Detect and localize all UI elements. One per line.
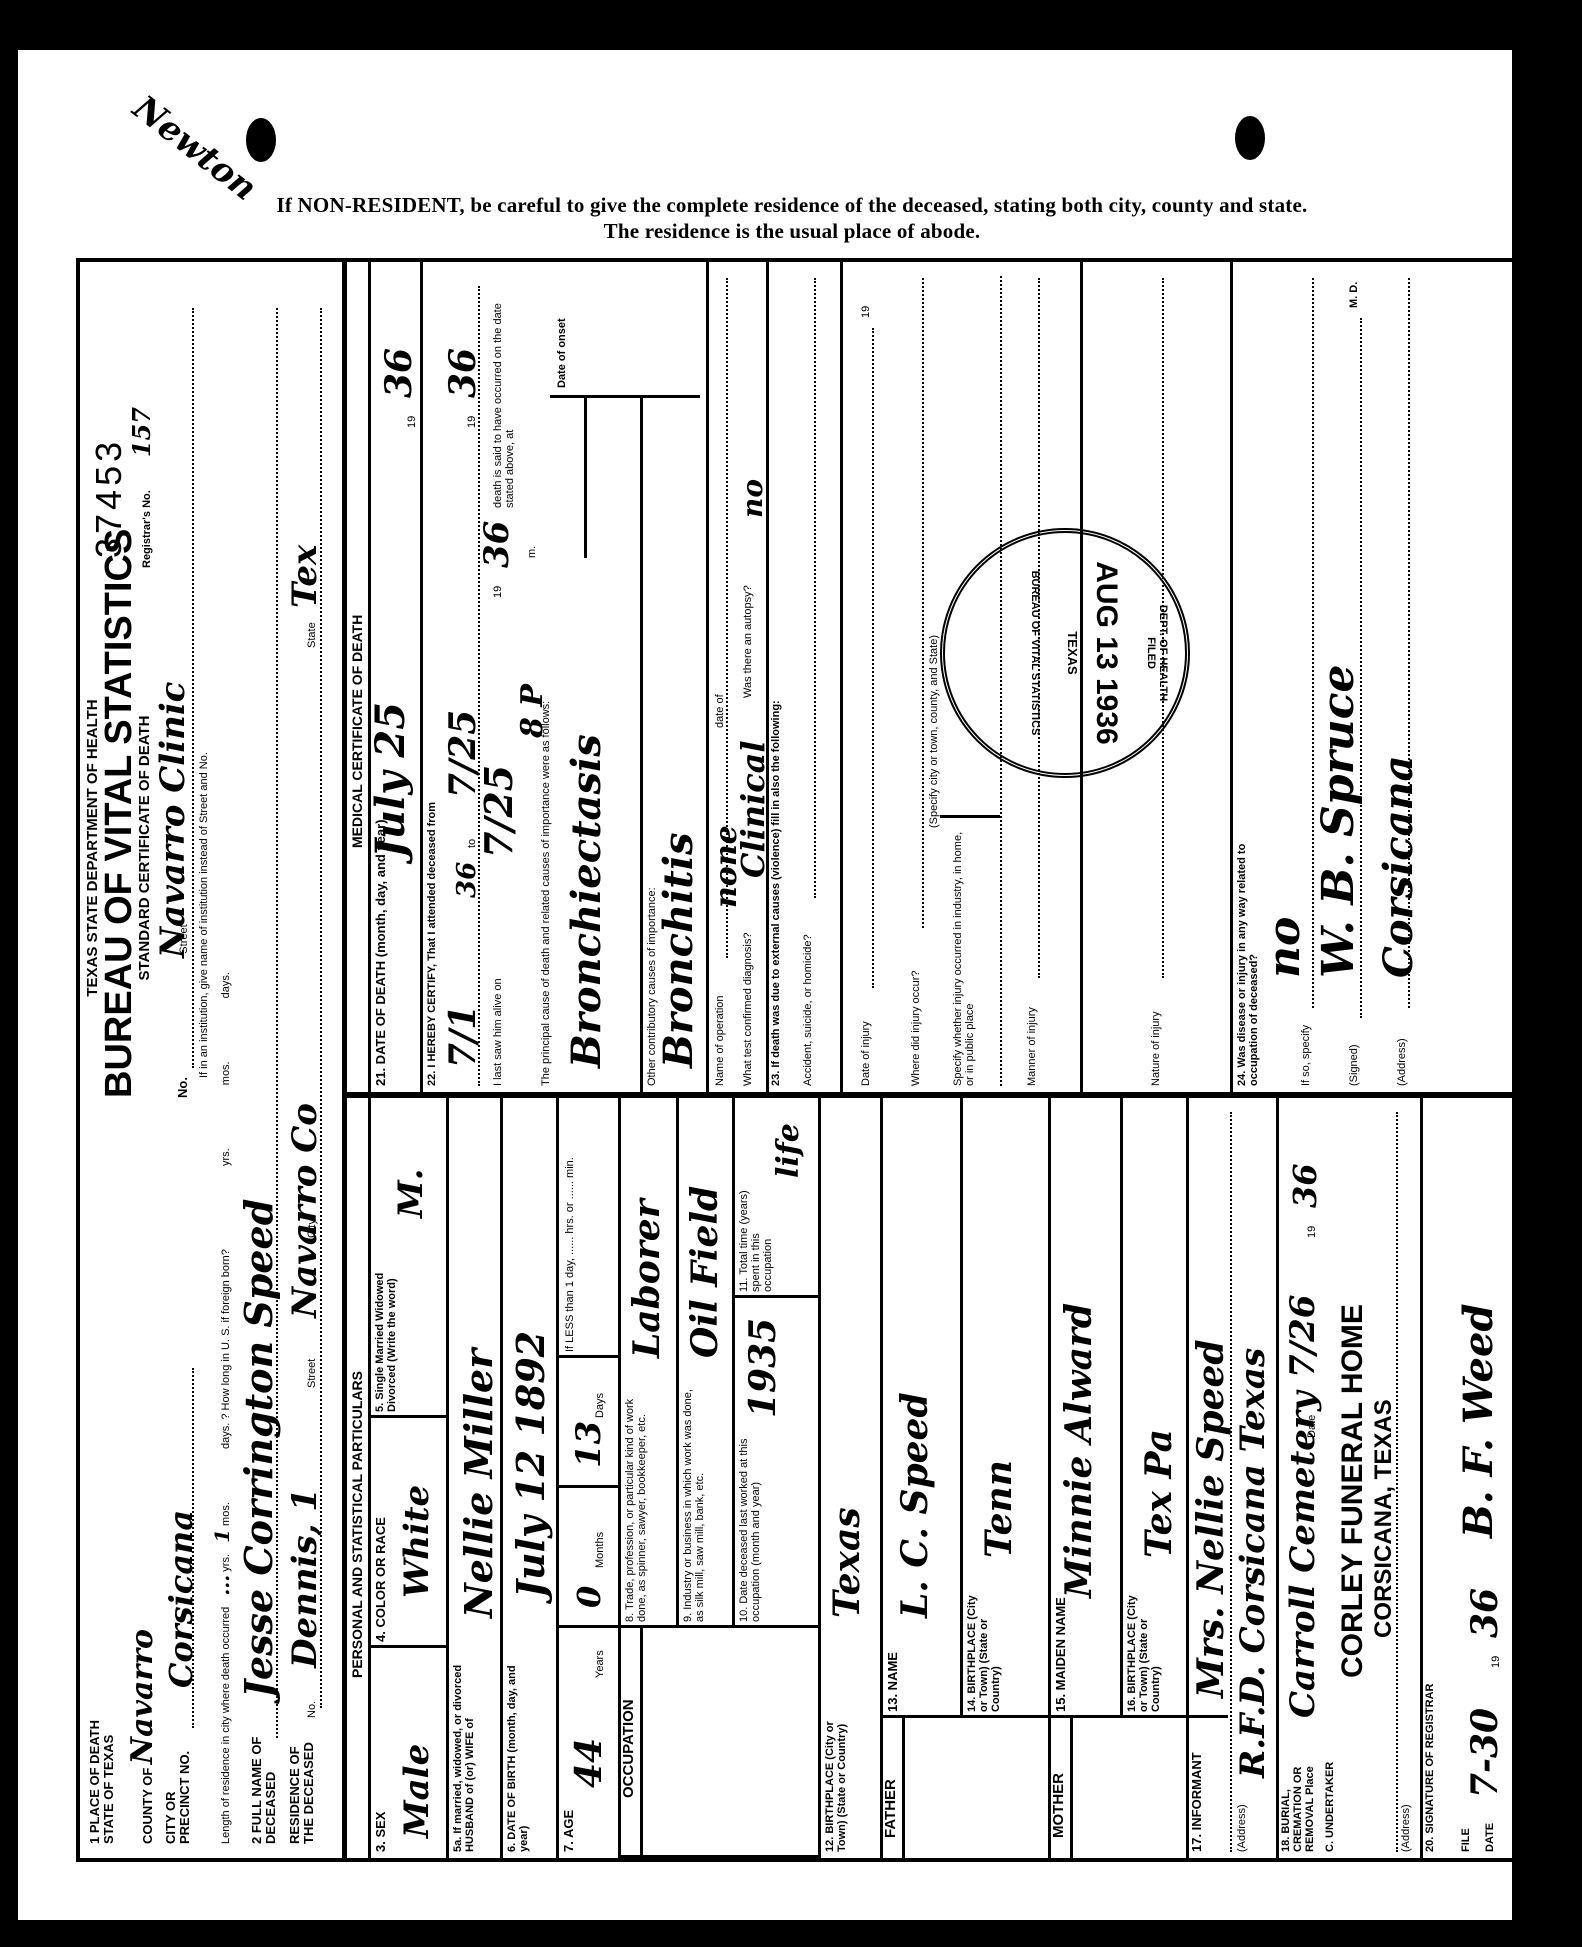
medical-section-header: MEDICAL CERTIFICATE OF DEATH	[350, 615, 364, 848]
physician-address-value: Corsicana	[1380, 755, 1418, 978]
us-yrs-label: yrs.	[220, 1148, 232, 1166]
notice-line-2: The residence is the usual place of abod…	[52, 218, 1532, 244]
days-label-age: Days	[594, 1393, 606, 1418]
burial-date-value: 7/26	[1284, 1295, 1322, 1378]
med-line-1	[420, 262, 423, 1092]
us-mos-label: mos.	[220, 1061, 232, 1085]
street-value: Navarro Clinic	[154, 682, 192, 958]
burial-year-value: 36	[1286, 1163, 1324, 1208]
row-line-2	[500, 1098, 503, 1858]
where-dotted-line	[922, 278, 924, 928]
marital-value: M.	[392, 1169, 430, 1218]
punch-hole-left	[246, 118, 276, 162]
occupation-related-label: 24. Was disease or injury in any way rel…	[1236, 826, 1260, 1086]
birthplace-value: Texas	[828, 1507, 866, 1618]
stamp-date: AUG 13 1936	[1089, 533, 1123, 773]
onset-label: Date of onset	[556, 298, 568, 388]
age-divider-2	[556, 1485, 618, 1488]
rotated-form-body: 1 PLACE OF DEATH STATE OF TEXAS COUNTY O…	[80, 262, 1516, 1858]
full-name-label: 2 FULL NAME OF DECEASED	[250, 1734, 278, 1844]
stamp-filed-text: FILED	[1145, 533, 1157, 773]
residence-label: RESIDENCE OF THE DECEASED	[288, 1724, 316, 1844]
occupation-time-divider	[732, 1295, 818, 1298]
where-hint: (Specify city or town, county, and State…	[928, 635, 940, 828]
certify-label: 22. I HEREBY CERTIFY, That I attended de…	[426, 802, 438, 1086]
where-injury-label: Where did injury occur?	[910, 970, 922, 1086]
last-worked-label: 10. Date deceased last worked at this oc…	[738, 1422, 762, 1622]
stamp-state: TEXAS	[1065, 533, 1079, 773]
foreign-born-label: ? How long in U. S. if foreign born?	[220, 1249, 232, 1420]
signed-dotted-line	[1360, 318, 1362, 1018]
file-label: FILE	[1460, 1828, 1472, 1852]
row-line-1	[446, 1098, 449, 1858]
age-label: 7. AGE	[562, 1810, 576, 1852]
med-line-3	[706, 262, 709, 1092]
external-causes-label: 23. If death was due to external causes …	[770, 700, 782, 1086]
manner-label: Manner of injury	[1026, 1007, 1038, 1086]
street-dotted-line	[192, 308, 194, 1068]
accident-label: Accident, suicide, or homicide?	[802, 934, 814, 1086]
residence-state-value: Tex	[286, 545, 324, 608]
death-certificate-form: 1 PLACE OF DEATH STATE OF TEXAS COUNTY O…	[76, 258, 1520, 1862]
occupation-related-value: no	[1266, 917, 1304, 978]
punch-hole-right	[1235, 116, 1265, 160]
row-line-12	[1186, 1098, 1189, 1858]
age-years-value: 44	[570, 1738, 608, 1788]
city-dotted-line	[192, 1368, 194, 1728]
residence-no-label: No.	[306, 1701, 318, 1718]
last-worked-value: 1935	[744, 1318, 782, 1418]
length-yrs-value: ...	[210, 1575, 234, 1596]
registrar-no: Registrar's No. 157	[136, 407, 153, 568]
mother-header: MOTHER	[1052, 1773, 1066, 1838]
county-field: COUNTY OF Navarro	[124, 1444, 162, 1844]
signed-label: (Signed)	[1348, 1044, 1360, 1086]
last-saw-label: I last saw him alive on	[492, 978, 504, 1086]
dod-label: 21. DATE OF DEATH (month, day, and year)	[374, 819, 388, 1086]
file-year-prefix: 19	[1490, 1656, 1502, 1668]
injury-year-prefix: 19	[860, 306, 872, 318]
age-months-value: 0	[570, 1586, 608, 1608]
last-saw-value: 7/25	[480, 765, 518, 858]
personal-section-header: PERSONAL AND STATISTICAL PARTICULARS	[350, 1371, 364, 1678]
residence-street-label: Street	[306, 1359, 318, 1388]
row-line-13	[1276, 1098, 1279, 1858]
city-precinct-label: CITY OR PRECINCT NO.	[164, 1724, 192, 1844]
city-value: Corsicana	[162, 1510, 200, 1688]
file-number: 37453	[88, 438, 130, 558]
street-no-label: No.	[175, 1077, 190, 1098]
us-days-label: days.	[220, 972, 232, 998]
county-label: COUNTY OF	[140, 1768, 155, 1844]
row-line-5	[676, 1098, 679, 1628]
row-line-14	[1420, 1098, 1423, 1858]
test-label: What test confirmed diagnosis?	[742, 933, 754, 1086]
center-divider	[344, 1092, 1516, 1098]
operation-label: Name of operation	[714, 996, 726, 1087]
principal-cause-label: The principal cause of death and related…	[540, 566, 552, 1086]
personal-header-line	[368, 1098, 371, 1858]
residence-city-label: City	[306, 1219, 318, 1238]
stamp-top-text: DEPT. OF HEALTH	[1157, 533, 1169, 773]
mother-birthplace-value: Tex Pa	[1140, 1429, 1178, 1558]
registrar-label: 20. SIGNATURE OF REGISTRAR	[1424, 1684, 1436, 1852]
dob-label: 6. DATE OF BIRTH (month, day, and year)	[506, 1642, 530, 1852]
row-line-6	[732, 1098, 735, 1628]
attended-dotted-line	[478, 286, 480, 1086]
county-value: Navarro	[125, 1629, 160, 1764]
med-line-5	[840, 262, 843, 1092]
days-label: days.	[220, 1423, 232, 1449]
undertaker-address-label: (Address)	[1400, 1804, 1412, 1852]
industry-value: Oil Field	[686, 1186, 724, 1358]
marital-label: 5. Single Married Widowed Divorced (Writ…	[374, 1252, 398, 1412]
sex-color-divider	[368, 1645, 446, 1648]
bureau-title: BUREAU OF VITAL STATISTICS	[100, 598, 138, 1098]
place-of-death-label: 1 PLACE OF DEATH STATE OF TEXAS	[88, 1720, 116, 1844]
undertaker-label: C. UNDERTAKER	[1324, 1762, 1336, 1852]
attended-from-value: 7/1	[444, 1005, 482, 1068]
yrs-label: yrs.	[220, 1554, 232, 1572]
length-of-residence: Length of residence in city where death …	[216, 972, 232, 1844]
operation-date-label: date of	[714, 694, 726, 728]
length-mos-value: 1	[210, 1529, 234, 1543]
state-label: STATE OF TEXAS	[102, 1720, 116, 1844]
informant-address-label: (Address)	[1236, 1804, 1248, 1852]
non-resident-notice: If NON-RESIDENT, be careful to give the …	[52, 192, 1532, 244]
certificate-title: STANDARD CERTIFICATE OF DEATH	[138, 598, 152, 1098]
color-marital-divider	[368, 1415, 446, 1418]
last-saw-year: 36	[478, 521, 516, 568]
father-header-line	[902, 1718, 905, 1858]
row-line-8	[880, 1098, 883, 1858]
years-label: Years	[594, 1650, 606, 1678]
father-header: FATHER	[884, 1779, 898, 1838]
mother-maiden-label: 15. MAIDEN NAME	[1054, 1597, 1068, 1712]
dod-year-value: 36	[380, 348, 418, 398]
city-precinct-text: CITY OR PRECINCT NO.	[164, 1724, 192, 1844]
file-year-value: 36	[1466, 1588, 1504, 1638]
industry-label: 9. Industry or business in which work wa…	[682, 1382, 706, 1622]
row-line-10	[1048, 1098, 1051, 1858]
undertaker-stamp-name: CORLEY FUNERAL HOME	[1336, 1304, 1370, 1678]
burial-place-value: Carroll Cemetery	[1284, 1391, 1322, 1718]
less-than-day-label: If LESS than 1 day, ...... hrs. or .....…	[564, 1132, 576, 1352]
birthplace-label: 12. BIRTHPLACE (City or Town) (State or …	[824, 1702, 848, 1852]
address-dotted-line	[1408, 278, 1410, 1008]
registrar-signature: B. F. Weed	[1460, 1304, 1498, 1538]
burial-label: 18. BURIAL, CREMATION OR REMOVAL Place	[1280, 1732, 1316, 1852]
filed-date-stamp: DEPT. OF HEALTH FILED AUG 13 1936 TEXAS …	[940, 528, 1190, 778]
residence-city-value: Navarro Co	[286, 1103, 324, 1318]
age-days-value: 13	[570, 1421, 608, 1468]
dod-year-prefix: 19	[406, 416, 418, 428]
md-label: M. D.	[1348, 282, 1360, 308]
father-name-value: L. C. Speed	[896, 1392, 934, 1618]
title-block: TEXAS STATE DEPARTMENT OF HEALTH BUREAU …	[86, 598, 152, 1098]
mother-maiden-value: Minnie Alward	[1060, 1303, 1098, 1598]
header-divider	[342, 262, 347, 1858]
father-birthplace-label: 14. BIRTHPLACE (City or Town) (State or …	[966, 1582, 1002, 1712]
trade-value: Laborer	[628, 1199, 666, 1358]
registrar-no-label: Registrar's No.	[141, 490, 153, 568]
accident-dotted-line	[814, 278, 816, 898]
residence-dotted-line	[320, 308, 322, 1708]
total-time-value: life	[770, 1123, 808, 1178]
attended-from-year: 36	[448, 862, 486, 898]
place-of-death-num-label: 1 PLACE OF DEATH	[88, 1720, 102, 1844]
residence-value: Dennis, 1	[286, 1488, 324, 1668]
occupation-divider	[618, 1625, 818, 1628]
last-saw-year-prefix: 19	[492, 586, 504, 598]
file-date-value: 7-30	[1466, 1708, 1504, 1798]
informant-address-value: R.F.D. Corsicana Texas	[1234, 1348, 1272, 1778]
total-time-label: 11. Total time (years) spent in this occ…	[738, 1182, 774, 1292]
mother-birthplace-label: 16. BIRTHPLACE (City or Town) (State or …	[1126, 1582, 1162, 1712]
sex-value: Male	[398, 1744, 436, 1838]
full-name-value: Jesse Corrington Speed	[240, 1199, 278, 1698]
institution-note: If in an institution, give name of insti…	[198, 752, 210, 1078]
if-so-label: If so, specify	[1300, 1025, 1312, 1086]
spouse-label: 5a. If married, widowed, or divorced HUS…	[452, 1642, 476, 1852]
onset-line	[584, 398, 587, 558]
medical-header-line	[368, 262, 371, 1092]
specify-place-label: Specify whether injury occurred in indus…	[952, 826, 976, 1086]
mother-divider	[1048, 1715, 1228, 1718]
color-label: 4. COLOR OR RACE	[374, 1517, 388, 1642]
father-birthplace-value: Tenn	[980, 1460, 1018, 1558]
specify-divider	[940, 815, 1000, 818]
length-label: Length of residence in city where death …	[220, 1607, 232, 1844]
spouse-value: Nellie Miller	[460, 1349, 498, 1618]
med-line-4	[766, 262, 769, 1092]
undertaker-dotted-line	[1396, 1112, 1398, 1852]
undertaker-stamp-city: CORSICANA, TEXAS	[1370, 1399, 1398, 1638]
color-value: White	[398, 1485, 436, 1598]
med-line-7	[1230, 262, 1233, 1092]
father-name-label: 13. NAME	[886, 1652, 900, 1712]
attended-to-year: 36	[444, 348, 482, 398]
stamp-ring-text: BUREAU OF VITAL STATISTICS	[1029, 533, 1041, 773]
row-line-3	[556, 1098, 559, 1858]
father-divider	[880, 1715, 1048, 1718]
physician-address-label: (Address)	[1396, 1038, 1408, 1086]
informant-value: Mrs. Nellie Speed	[1192, 1339, 1230, 1698]
injury-date-dotted-line	[872, 328, 874, 988]
informant-dotted-line	[1230, 1112, 1232, 1852]
death-said-label: death is said to have occurred on the da…	[492, 278, 516, 508]
sex-label: 3. SEX	[374, 1812, 388, 1852]
age-divider-3	[556, 1355, 618, 1358]
residence-state-label: State	[306, 622, 318, 648]
mother-header-line	[1070, 1718, 1073, 1858]
age-divider-1	[556, 1625, 618, 1628]
onset-divider	[550, 395, 700, 398]
mos-label: mos.	[220, 1502, 232, 1526]
row-line-11	[1120, 1098, 1123, 1718]
notice-line-1: If NON-RESIDENT, be careful to give the …	[52, 192, 1532, 218]
row-line-9	[960, 1098, 963, 1718]
registrar-no-value: 157	[127, 407, 156, 457]
occupation-header: OCCUPATION	[622, 1699, 636, 1798]
physician-signature: W. B. Spruce	[1320, 664, 1358, 978]
principal-cause-value: Bronchiectasis	[568, 734, 606, 1068]
informant-label: 17. INFORMANT	[1190, 1752, 1204, 1852]
name-dotted-line	[276, 308, 278, 1738]
injury-date-label: Date of injury	[860, 1021, 872, 1086]
burial-date-label: Date	[1306, 1415, 1318, 1438]
occupation-header-line	[640, 1628, 643, 1858]
date-label: DATE	[1484, 1823, 1496, 1852]
row-line-7	[818, 1098, 821, 1858]
burial-year-prefix: 19	[1306, 1226, 1318, 1238]
med-line-2	[640, 398, 643, 1092]
autopsy-label: Was there an autopsy?	[742, 585, 754, 698]
contributory-value: Bronchitis	[660, 833, 698, 1068]
trade-label: 8. Trade, profession, or particular kind…	[624, 1382, 648, 1622]
dod-value: July 25	[372, 702, 410, 858]
occupation-left-border	[618, 1855, 818, 1858]
months-label: Months	[594, 1532, 606, 1568]
dob-value: July 12 1892	[512, 1331, 550, 1598]
attended-to-year-prefix: 19	[466, 416, 478, 428]
nature-label: Nature of injury	[1150, 1011, 1162, 1086]
operation-dotted-line	[726, 278, 728, 958]
m-label: m.	[526, 546, 538, 558]
